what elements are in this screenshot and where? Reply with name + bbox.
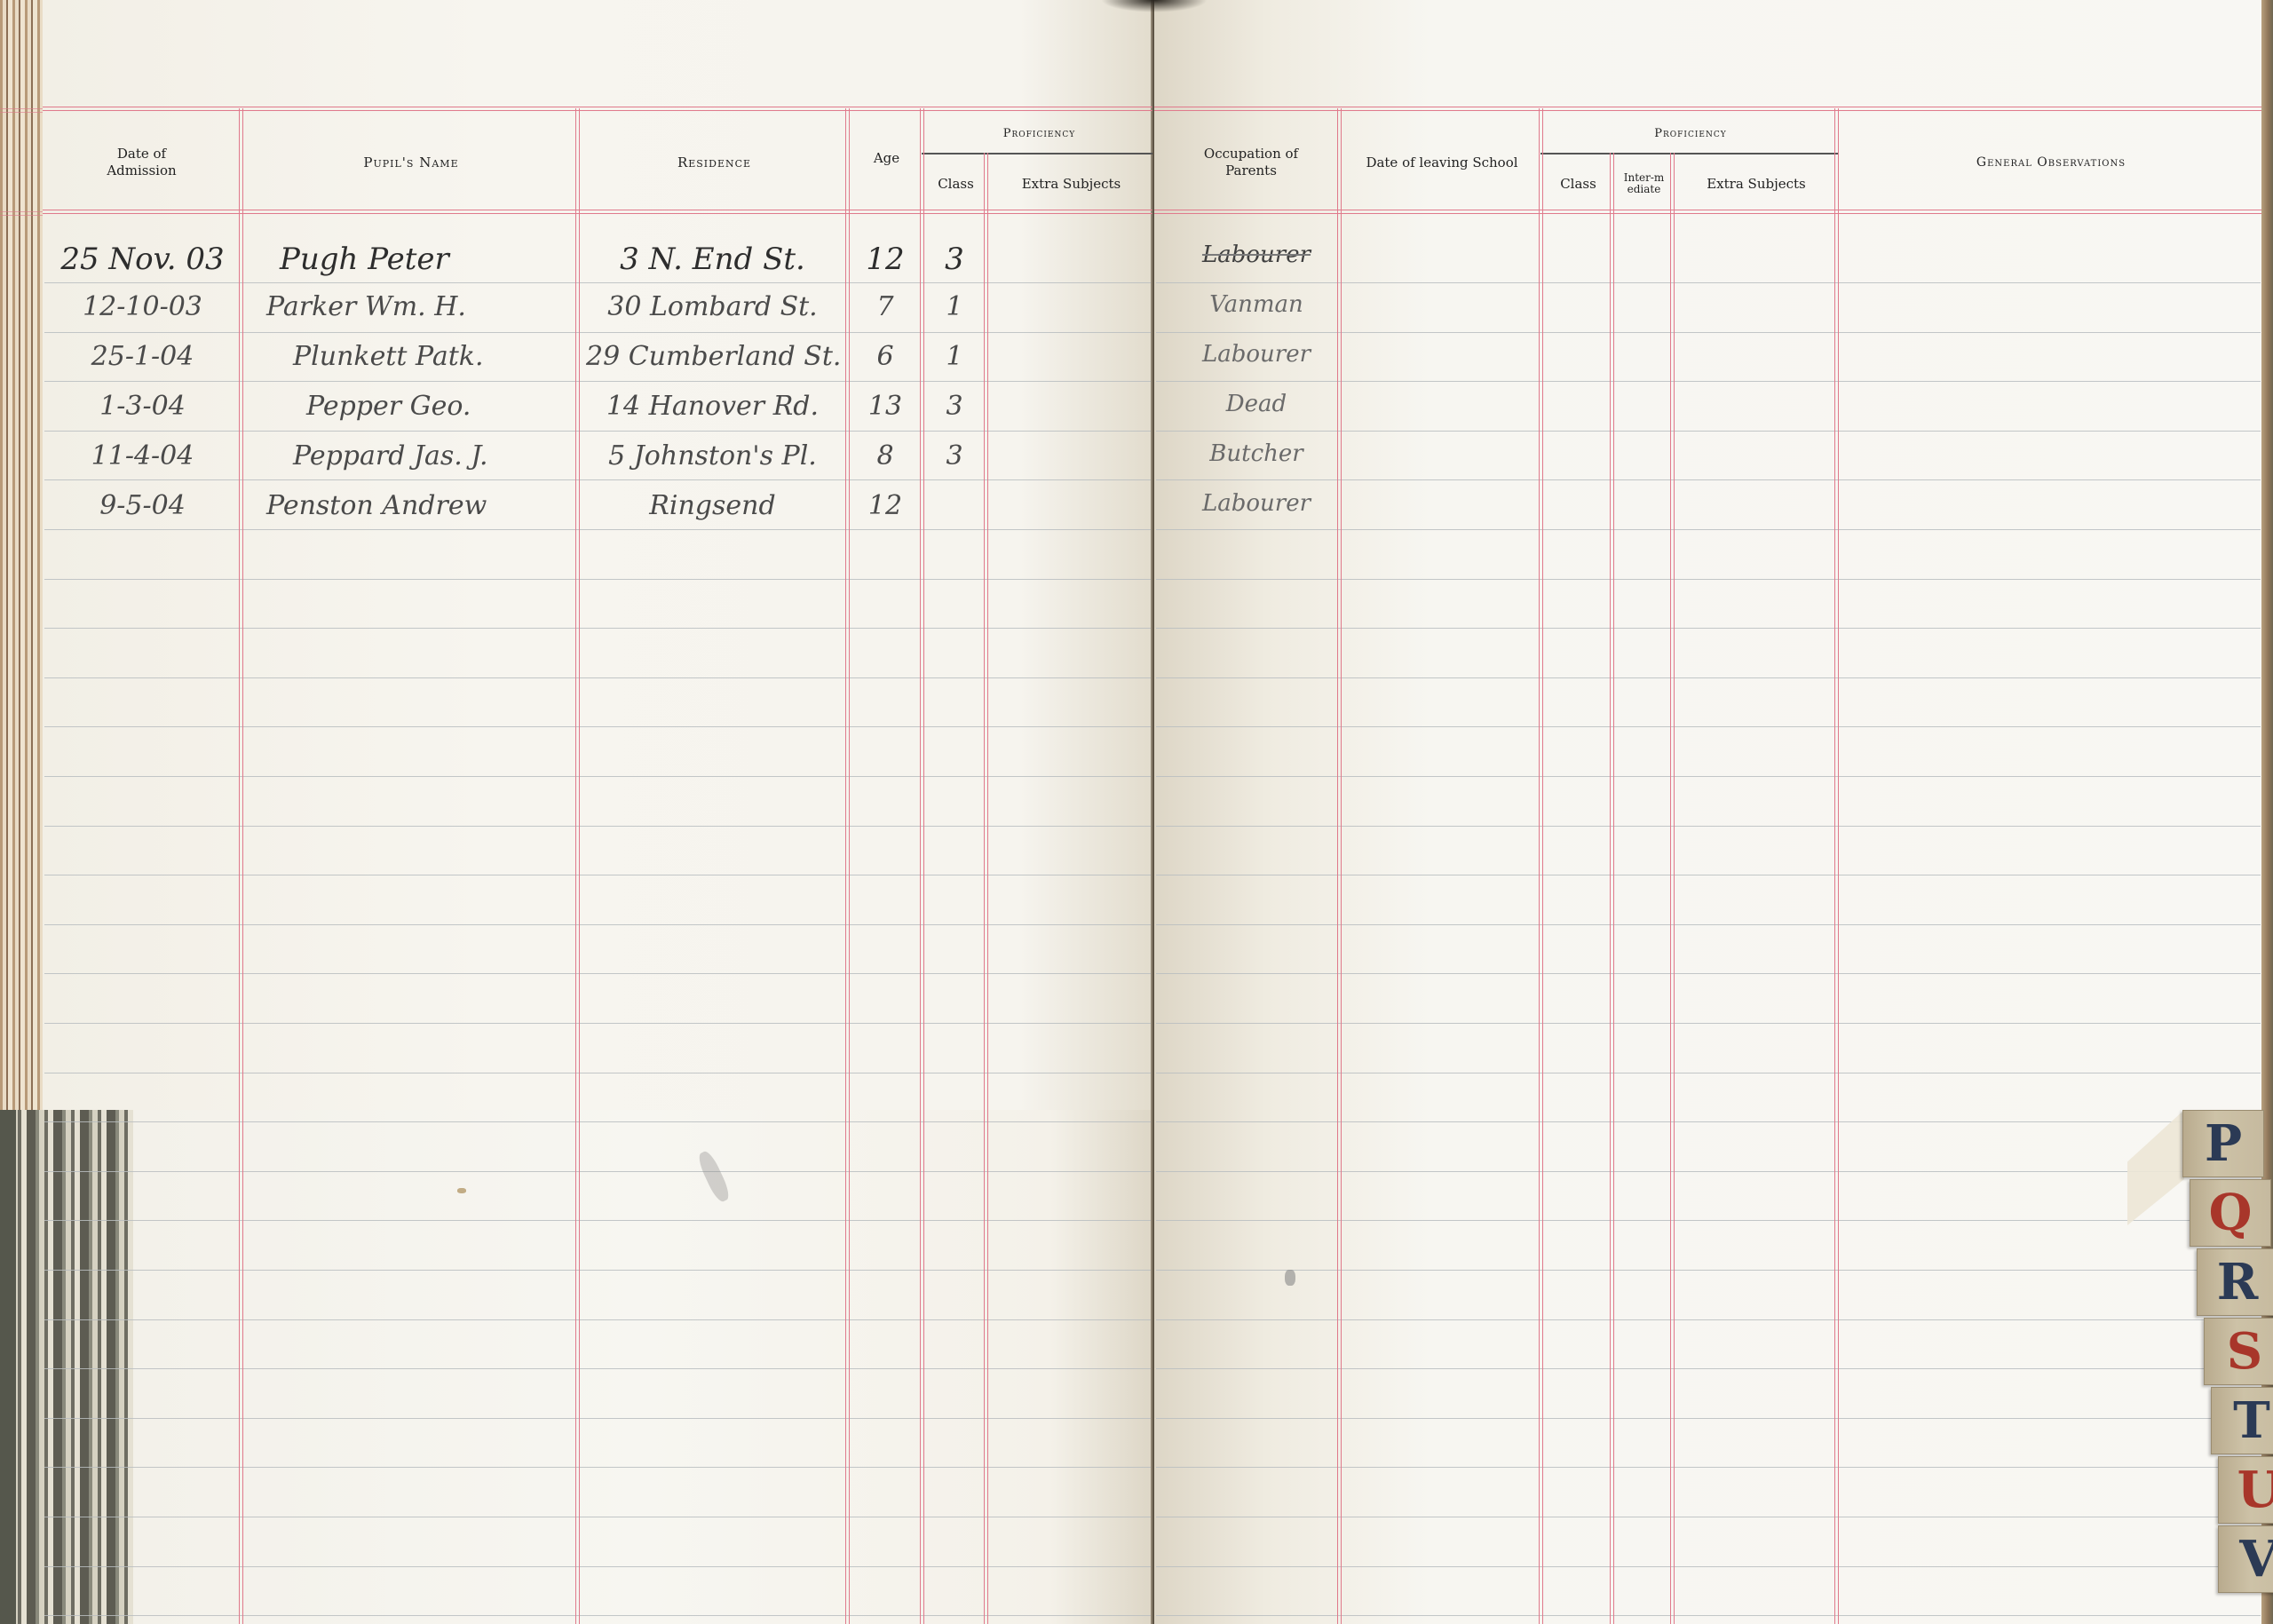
proficiency-divider-left bbox=[922, 153, 1152, 154]
column-rule bbox=[920, 108, 924, 1624]
row-rule-right bbox=[1156, 381, 2261, 382]
column-rule bbox=[845, 108, 850, 1624]
header-proficiency-right: Proficiency bbox=[1545, 114, 1836, 153]
row-rule-right bbox=[1156, 1566, 2261, 1567]
row-rule-right bbox=[1156, 1517, 2261, 1517]
entry-occupation: Labourer bbox=[1181, 242, 1332, 268]
underpage-rule bbox=[0, 108, 43, 113]
index-tab-q[interactable]: Q bbox=[2190, 1179, 2271, 1247]
ink-spot bbox=[1285, 1270, 1295, 1286]
row-rule-right bbox=[1156, 1368, 2261, 1369]
row-rule-right bbox=[1156, 282, 2261, 283]
entry-class: 3 bbox=[925, 391, 984, 422]
entry-age: 13 bbox=[851, 391, 920, 422]
index-tab-v[interactable]: V bbox=[2218, 1525, 2273, 1593]
header-extra-subjects-left: Extra Subjects bbox=[990, 156, 1152, 211]
book-spine bbox=[1151, 0, 1154, 1624]
row-rule-right bbox=[1156, 1073, 2261, 1073]
entry-age: 6 bbox=[851, 341, 920, 372]
row-rule-right bbox=[1156, 826, 2261, 827]
entry-name: Plunkett Patk. bbox=[293, 341, 559, 372]
entry-name: Parker Wm. H. bbox=[266, 291, 533, 322]
entry-class: 1 bbox=[925, 341, 984, 372]
header-rule-left bbox=[43, 107, 1152, 111]
entry-date: 9-5-04 bbox=[51, 490, 234, 521]
header-date-of-leaving-school: Date of leaving School bbox=[1343, 114, 1540, 211]
row-rule-right bbox=[1156, 579, 2261, 580]
entry-age: 12 bbox=[851, 242, 920, 277]
entry-date: 12-10-03 bbox=[51, 291, 234, 322]
index-tab-t[interactable]: T bbox=[2211, 1387, 2273, 1454]
row-rule-right bbox=[1156, 1467, 2261, 1468]
row-rule-right bbox=[1156, 1615, 2261, 1616]
header-class-left: Class bbox=[926, 156, 986, 211]
header-rule-right bbox=[1154, 107, 2261, 111]
row-rule-right bbox=[1156, 529, 2261, 530]
book-cover-edge bbox=[0, 1110, 16, 1624]
entry-name: Penston Andrew bbox=[266, 490, 533, 521]
header-intermediate: Inter-mediate bbox=[1616, 156, 1672, 211]
row-rule-right bbox=[1156, 332, 2261, 333]
column-rule bbox=[1834, 108, 1839, 1624]
row-rule-right bbox=[1156, 431, 2261, 432]
row-rule-right bbox=[1156, 875, 2261, 875]
entry-occupation: Vanman bbox=[1181, 291, 1332, 318]
entry-occupation: Dead bbox=[1181, 391, 1332, 417]
row-rule-right bbox=[1156, 1171, 2261, 1172]
index-tab-p[interactable]: P bbox=[2182, 1110, 2264, 1177]
column-rule bbox=[1337, 108, 1342, 1624]
row-rule-right bbox=[1156, 677, 2261, 678]
entry-residence: 14 Hanover Rd. bbox=[586, 391, 839, 422]
entry-residence: 29 Cumberland St. bbox=[586, 341, 839, 372]
lower-page-stack bbox=[0, 1110, 133, 1624]
spine-shadow bbox=[1101, 0, 1208, 12]
row-rule-right bbox=[1156, 924, 2261, 925]
entry-class: 3 bbox=[925, 440, 984, 471]
row-rule-right bbox=[1156, 479, 2261, 480]
entry-residence: 3 N. End St. bbox=[586, 242, 839, 277]
entry-age: 7 bbox=[851, 291, 920, 322]
entry-date: 25-1-04 bbox=[51, 341, 234, 372]
entry-residence: 30 Lombard St. bbox=[586, 291, 839, 322]
index-tab-s[interactable]: S bbox=[2204, 1318, 2273, 1385]
proficiency-divider-right bbox=[1540, 153, 1838, 154]
row-rule-right bbox=[1156, 973, 2261, 974]
header-extra-subjects-right: Extra Subjects bbox=[1676, 156, 1836, 211]
row-rule-right bbox=[1156, 1270, 2261, 1271]
header-proficiency-left: Proficiency bbox=[926, 114, 1152, 153]
header-general-observations: General Observations bbox=[1841, 114, 2261, 211]
index-tab-u[interactable]: U bbox=[2218, 1456, 2273, 1524]
entry-residence: Ringsend bbox=[586, 490, 839, 521]
row-rule-right bbox=[1156, 1121, 2261, 1122]
column-rule bbox=[239, 108, 243, 1624]
column-rule bbox=[575, 108, 580, 1624]
entry-age: 8 bbox=[851, 440, 920, 471]
left-page-underlayer bbox=[133, 1110, 1152, 1624]
entry-date: 11-4-04 bbox=[51, 440, 234, 471]
paper-spot bbox=[457, 1188, 466, 1193]
entry-class: 3 bbox=[925, 242, 984, 277]
entry-name: Pepper Geo. bbox=[306, 391, 573, 422]
entry-date: 25 Nov. 03 bbox=[51, 242, 234, 277]
entry-age: 12 bbox=[851, 490, 920, 521]
entry-occupation: Butcher bbox=[1181, 440, 1332, 467]
row-rule-right bbox=[1156, 628, 2261, 629]
entry-class: 1 bbox=[925, 291, 984, 322]
row-rule-right bbox=[1156, 1023, 2261, 1024]
entry-occupation: Labourer bbox=[1181, 490, 1332, 517]
entry-date: 1-3-04 bbox=[51, 391, 234, 422]
entry-occupation: Labourer bbox=[1181, 341, 1332, 368]
column-rule bbox=[1670, 153, 1675, 1624]
header-occupation-of-parents: Occupation of Parents bbox=[1163, 114, 1339, 211]
column-rule bbox=[984, 153, 988, 1624]
underpage-rule bbox=[0, 211, 43, 216]
column-rule bbox=[1539, 108, 1543, 1624]
header-residence: Residence bbox=[582, 114, 847, 211]
column-rule bbox=[1610, 153, 1614, 1624]
row-rule-right bbox=[1156, 1418, 2261, 1419]
entry-name: Pugh Peter bbox=[280, 242, 546, 277]
header-pupils-name: Pupil's Name bbox=[245, 114, 577, 211]
header-age: Age bbox=[851, 114, 922, 202]
row-rule-right bbox=[1156, 726, 2261, 727]
header-date-of-admission: Date of Admission bbox=[43, 114, 241, 211]
index-tab-r[interactable]: R bbox=[2197, 1248, 2273, 1316]
row-rule-right bbox=[1156, 776, 2261, 777]
entry-residence: 5 Johnston's Pl. bbox=[586, 440, 839, 471]
header-class-right: Class bbox=[1545, 156, 1612, 211]
row-rule-right bbox=[1156, 1319, 2261, 1320]
entry-name: Peppard Jas. J. bbox=[293, 440, 559, 471]
row-rule-right bbox=[1156, 1220, 2261, 1221]
